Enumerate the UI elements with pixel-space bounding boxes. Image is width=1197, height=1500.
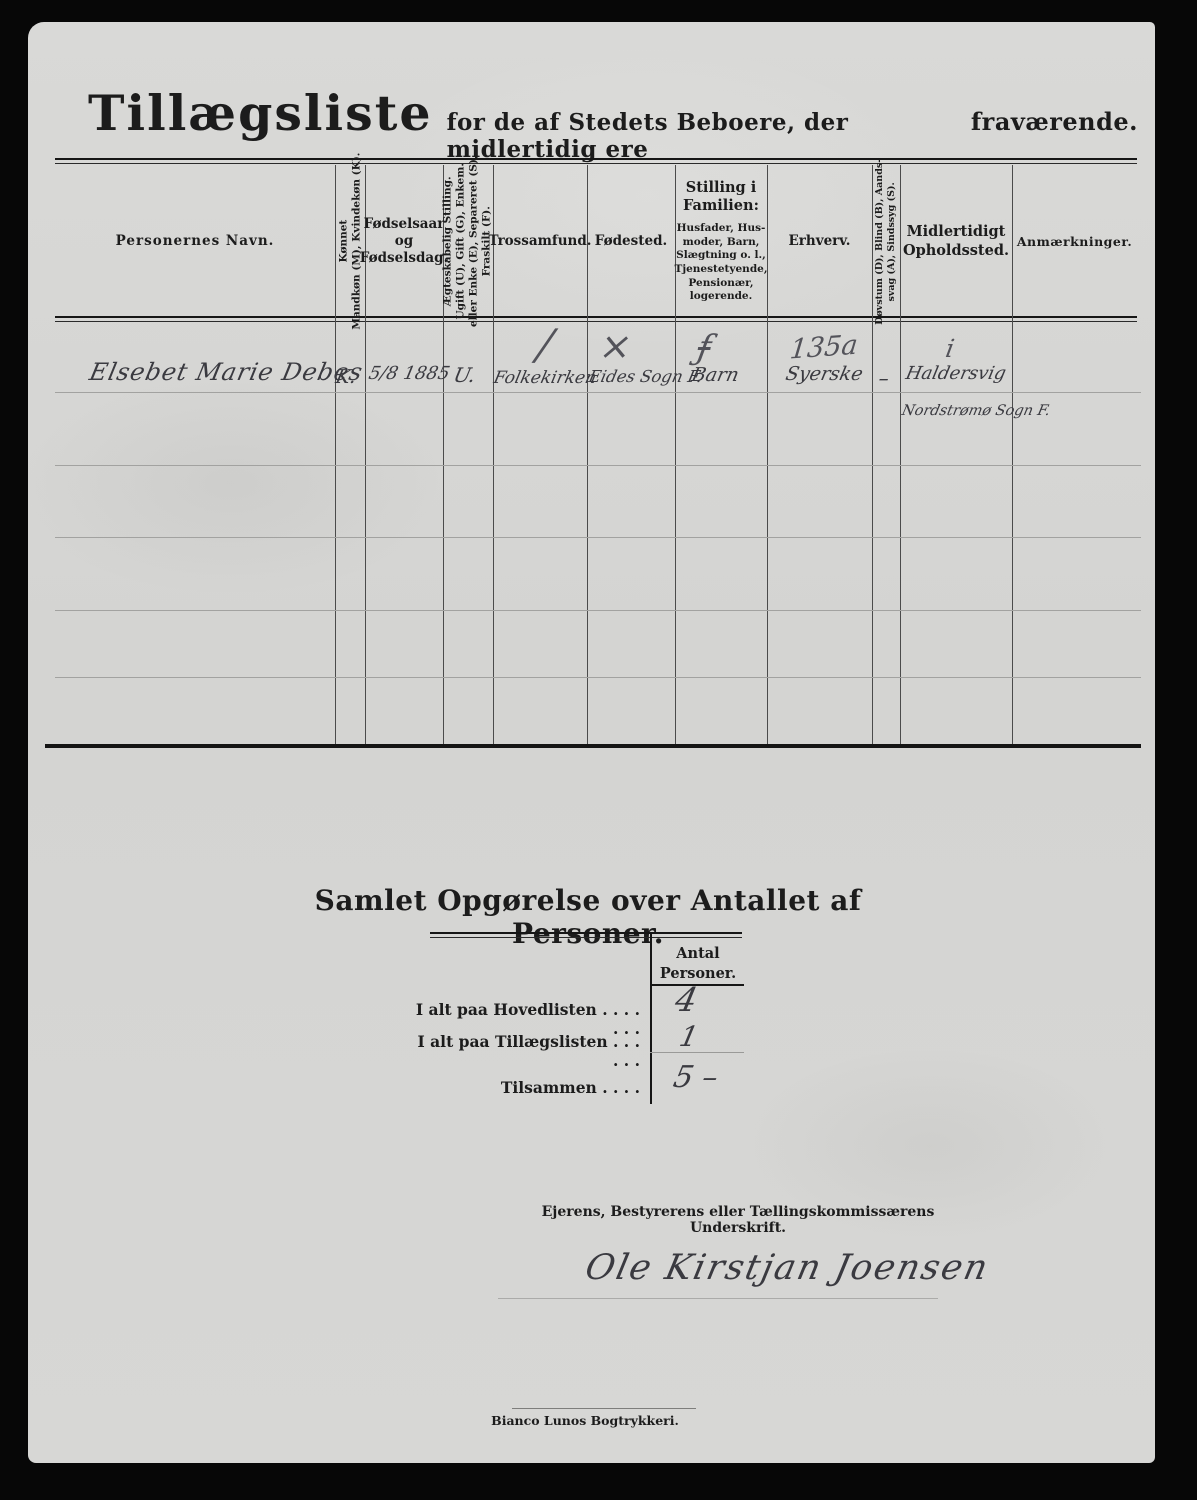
pencil-mark-occupation: 135a [789,330,859,366]
summary-column-header: Antal Personer. [652,944,744,983]
row-line [55,610,1141,611]
scanned-census-page: Tillægsliste for de af Stedets Beboere, … [0,0,1197,1500]
row-line [55,677,1141,678]
entry-religion: Folkekirken [494,368,596,388]
page-title-block: Tillægsliste for de af Stedets Beboere, … [88,84,1138,163]
summary-row-label: I alt paa Tillægslisten . . . . . . [408,1032,640,1070]
signature-label: Ejerens, Bestyrerens eller Tællingskommi… [508,1204,968,1236]
page-title: Tillægsliste [88,84,433,142]
signature-handwriting: Ole Kirstjan Joensen [586,1248,989,1288]
column-header-birthplace: Fødested. [587,167,675,316]
column-header-label: Trossamfund. [489,233,592,250]
table-header-rule [55,316,1137,322]
column-header-disability: Døvstum (D), Blind (B), Aands- svag (A),… [872,167,900,316]
summary-value-hovedlisten: 4 [676,980,697,1019]
pencil-mark-birthplace: × [600,324,632,368]
table-top-rule [55,158,1137,164]
document-page: Tillægsliste for de af Stedets Beboere, … [28,22,1155,1463]
row-line [55,392,1141,393]
column-header-label: Midlertidigt Opholdssted. [903,223,1009,259]
column-header-label: Døvstum (D), Blind (B), Aands- svag (A),… [874,158,898,324]
column-header-occupation: Erhverv. [767,167,872,316]
row-line [55,465,1141,466]
entry-residence-line1: Haldersvig [906,363,1006,384]
row-line [55,537,1141,538]
column-header-family-position: Stilling i Familien: Husfader, Hus- mode… [675,167,767,316]
entry-occupation: Syerske [786,363,863,385]
summary-row-label: Tilsammen . . . . [408,1078,640,1097]
column-header-name: Personernes Navn. [55,167,335,316]
column-header-remarks: Anmærkninger. [1012,167,1137,316]
column-header-marital-status: Ægteskabelig Stilling. Ugift (U), Gift (… [443,167,493,316]
column-header-label: Fødselsaar og Fødselsdag. [360,216,449,267]
summary-top-rule [430,932,742,938]
entry-residence-line2: Nordstrømø Sogn F. [902,403,1050,419]
page-subtitle: for de af Stedets Beboere, der midlertid… [447,109,957,163]
footer-rule [512,1408,696,1409]
column-header-temporary-residence: Midlertidigt Opholdssted. [900,167,1012,316]
entry-disability: – [879,366,889,390]
column-header-label: Personernes Navn. [116,233,275,250]
page-subtitle-emphasis: fraværende. [971,107,1138,136]
entry-birthplace: Eides Sogn F. [589,367,702,386]
entry-marital-status: U. [454,363,475,387]
pencil-mark-religion: / [538,320,552,369]
column-header-label: Stilling i Familien: [683,179,759,215]
entry-name: Elsebet Marie Debes [90,358,363,386]
summary-value-tilsammen: 5 – [674,1060,718,1095]
column-header-birthdate: Fødselsaar og Fødselsdag. [365,167,443,316]
summary-value-tillaegslisten: 1 [680,1020,698,1053]
summary-title: Samlet Opgørelse over Antallet af Person… [300,884,876,950]
printer-credit: Bianco Lunos Bogtrykkeri. [485,1413,685,1428]
column-header-label: Anmærkninger. [1017,234,1132,250]
column-header-religion: Trossamfund. [493,167,587,316]
column-header-label: Erhverv. [789,233,851,250]
column-header-sublabel: Husfader, Hus- moder, Barn, Slægtning o.… [675,222,768,304]
entry-sex: K. [336,366,356,388]
column-header-label: Ægteskabelig Stilling. Ugift (U), Gift (… [442,156,495,328]
pencil-mark-residence: i [946,334,954,363]
signature-line [498,1298,938,1299]
entry-birthdate: 5/8 1885 [369,363,450,384]
table-bottom-rule [45,744,1141,748]
pencil-mark-family: ƒ [698,328,711,368]
column-header-label: Fødested. [595,233,667,250]
